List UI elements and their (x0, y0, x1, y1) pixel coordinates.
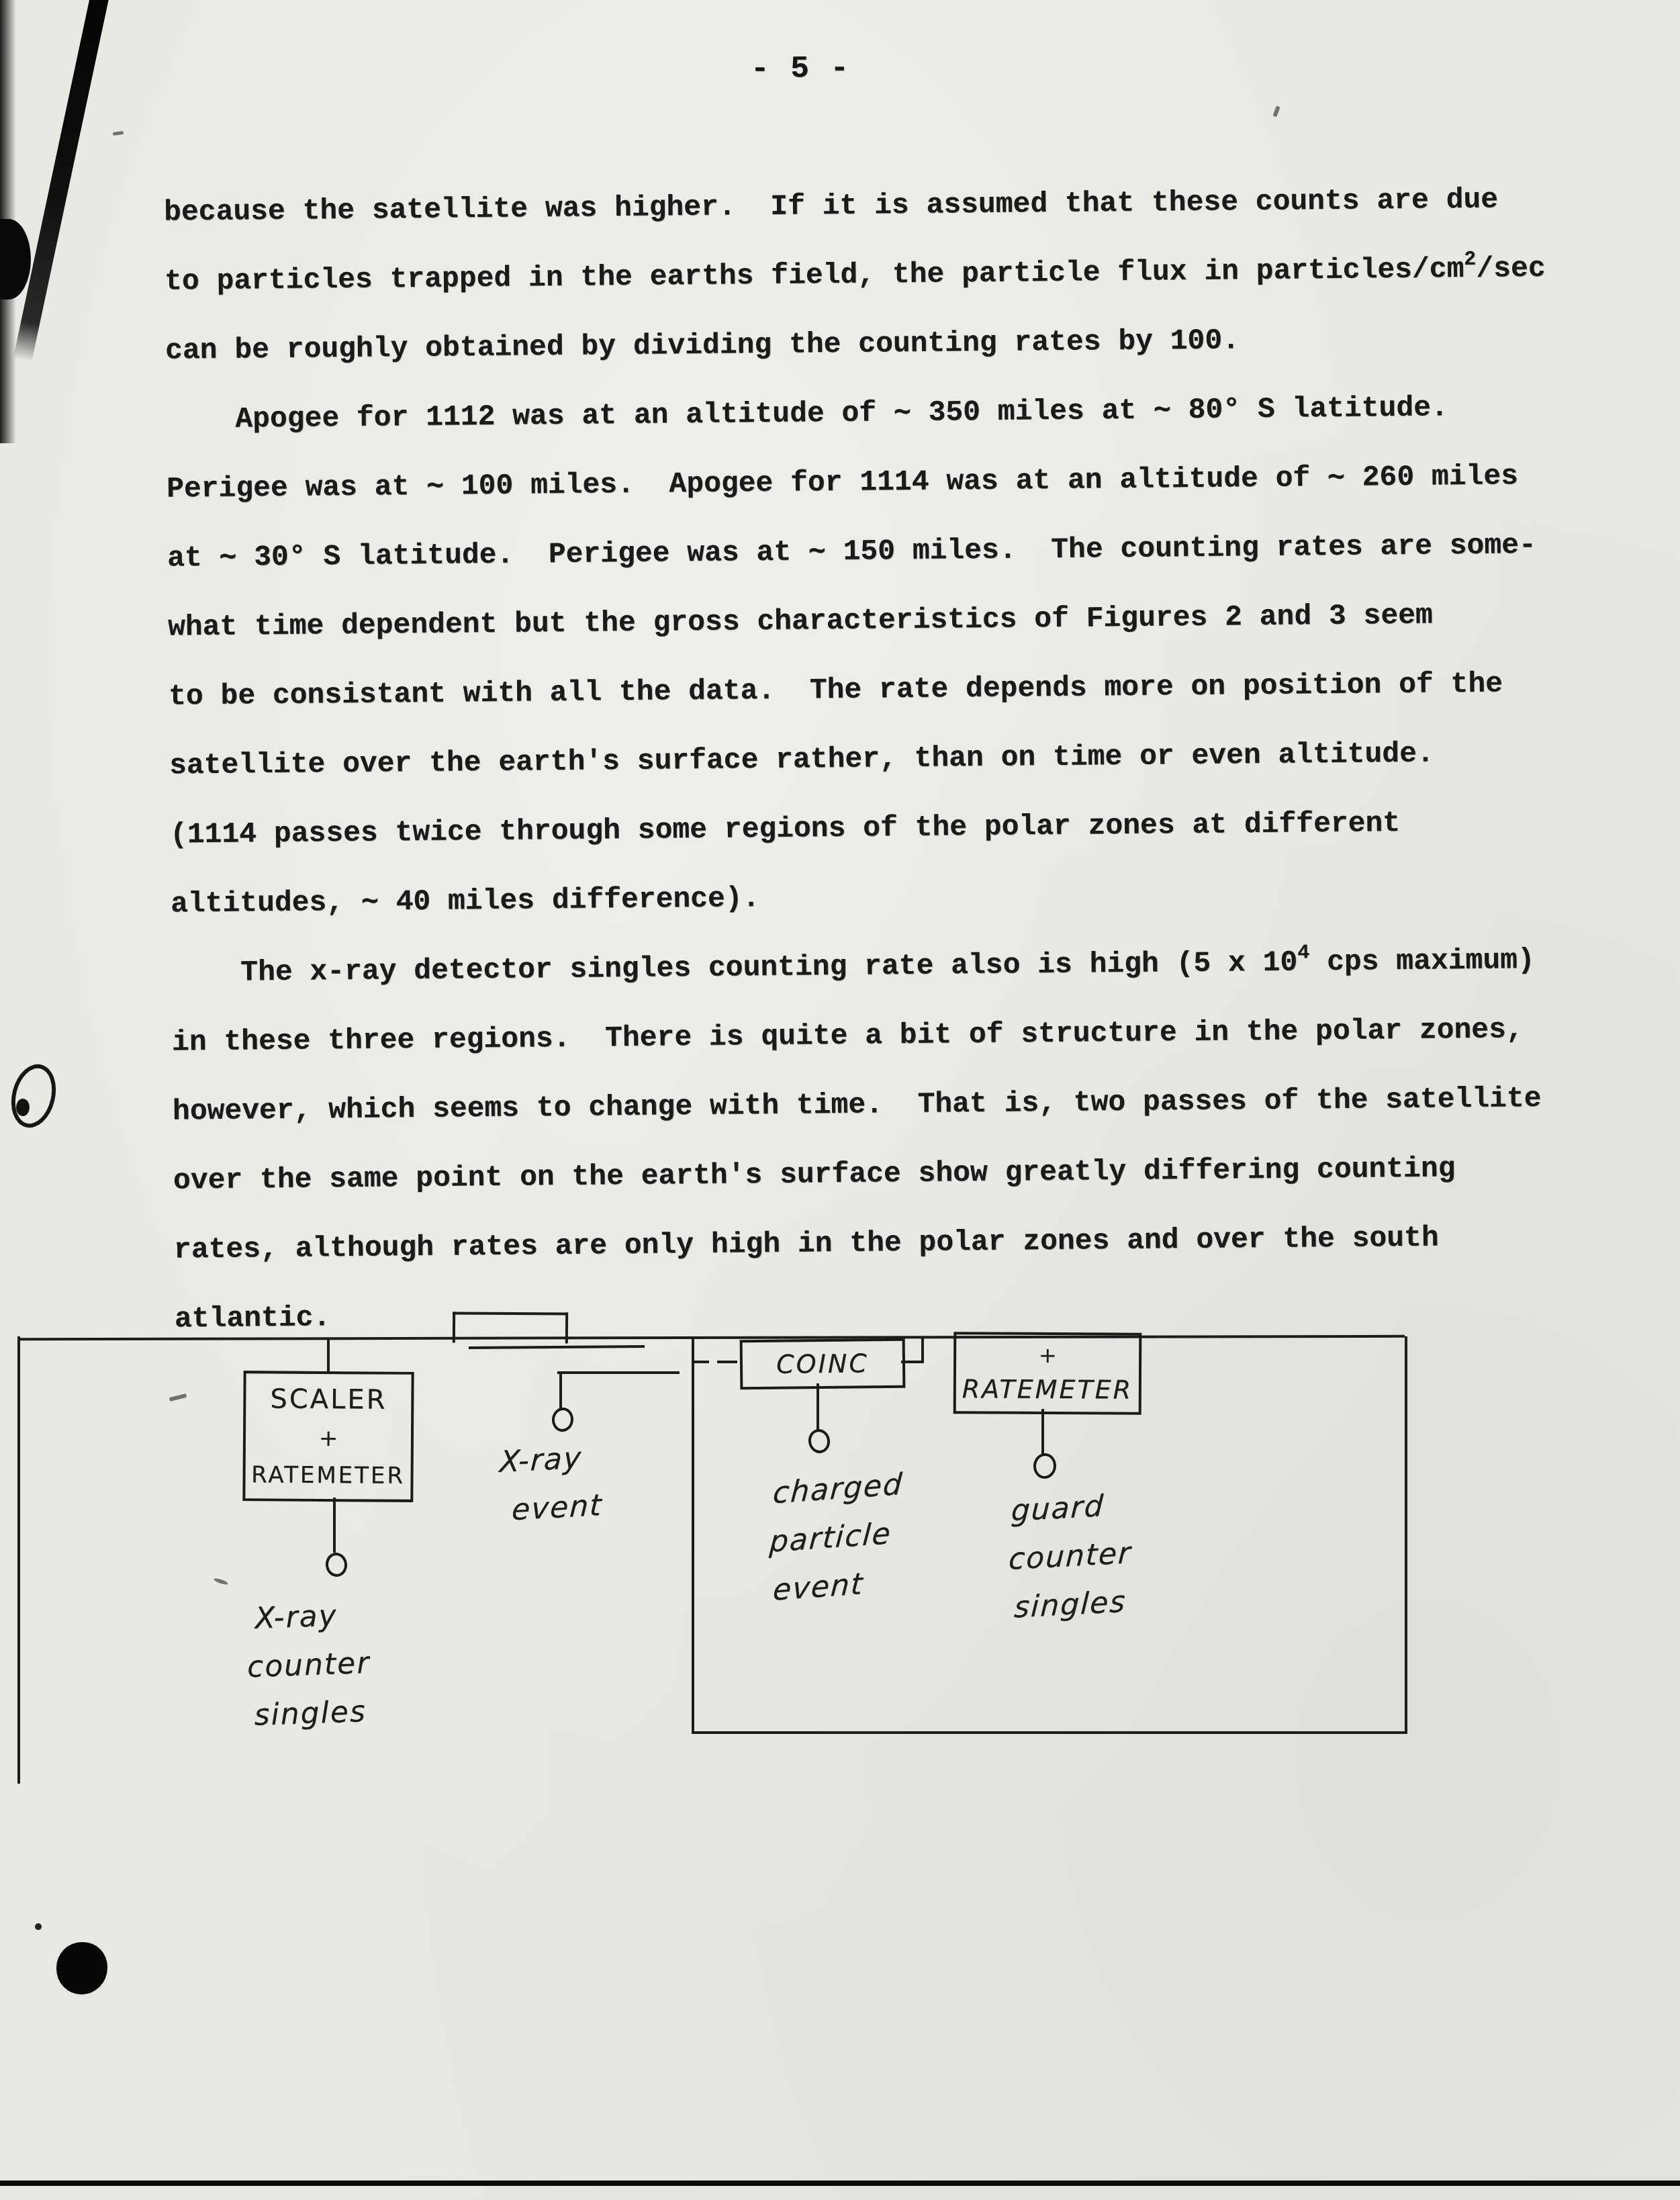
text-line: rates, although rates are only high in t… (173, 1201, 1644, 1284)
coinc-right-wire-v (921, 1338, 924, 1363)
figure-left-border (17, 1336, 20, 1784)
xray-event-label: X-ray event (496, 1433, 606, 1536)
margin-circle-dot (16, 1099, 30, 1116)
page-number: - 5 - (751, 50, 925, 87)
guard-output-wire (1041, 1409, 1044, 1455)
coinc-left-dash (694, 1361, 709, 1363)
cropped-box-top (453, 1312, 568, 1343)
charged-particle-event-label: charged particle event (765, 1460, 905, 1615)
xray-event-branch-line (557, 1371, 680, 1374)
scaler-input-wire (327, 1339, 330, 1373)
xray-event-wire (559, 1373, 562, 1409)
guard-ratemeter-label: RATEMETER (962, 1375, 1133, 1405)
speck (169, 1393, 187, 1402)
scan-bottom-edge (0, 2181, 1680, 2186)
guard-counter-singles-label: guard counter singles (1005, 1481, 1135, 1633)
scaler-output-wire (333, 1498, 336, 1553)
xray-event-terminal (551, 1406, 575, 1432)
scaler-label: SCALER (270, 1383, 387, 1415)
speck (214, 1577, 229, 1586)
margin-circle-mark (5, 1060, 62, 1133)
film-streak-artifact (13, 0, 110, 363)
scaler-ratemeter-box: SCALER + RATEMETER (242, 1371, 414, 1502)
speck (1272, 105, 1280, 117)
black-blob-artifact (0, 219, 31, 300)
plus-sign: + (319, 1425, 338, 1452)
speck (113, 131, 124, 136)
coinc-box: COINC (740, 1338, 906, 1390)
coinc-left-dash (717, 1361, 737, 1363)
scanned-document-page: - 5 - because the satellite was higher. … (0, 0, 1680, 2200)
plus-sign: + (1039, 1342, 1057, 1368)
text-line: satellite over the earth's surface rathe… (169, 717, 1640, 800)
punch-hole-mark (56, 1942, 107, 1995)
coinc-right-wire-h (901, 1361, 924, 1363)
small-dot-artifact (35, 1923, 42, 1930)
guard-ratemeter-box: + RATEMETER (953, 1332, 1142, 1414)
body-text: because the satellite was higher. If it … (164, 164, 1646, 1354)
ratemeter-label: RATEMETER (251, 1461, 405, 1489)
coinc-output-wire (816, 1383, 819, 1430)
coinc-label: COINC (776, 1348, 869, 1379)
text-line: to particles trapped in the earths field… (165, 233, 1636, 316)
xray-singles-terminal (324, 1551, 349, 1578)
xray-counter-singles-label: X-ray counter singles (244, 1591, 373, 1740)
